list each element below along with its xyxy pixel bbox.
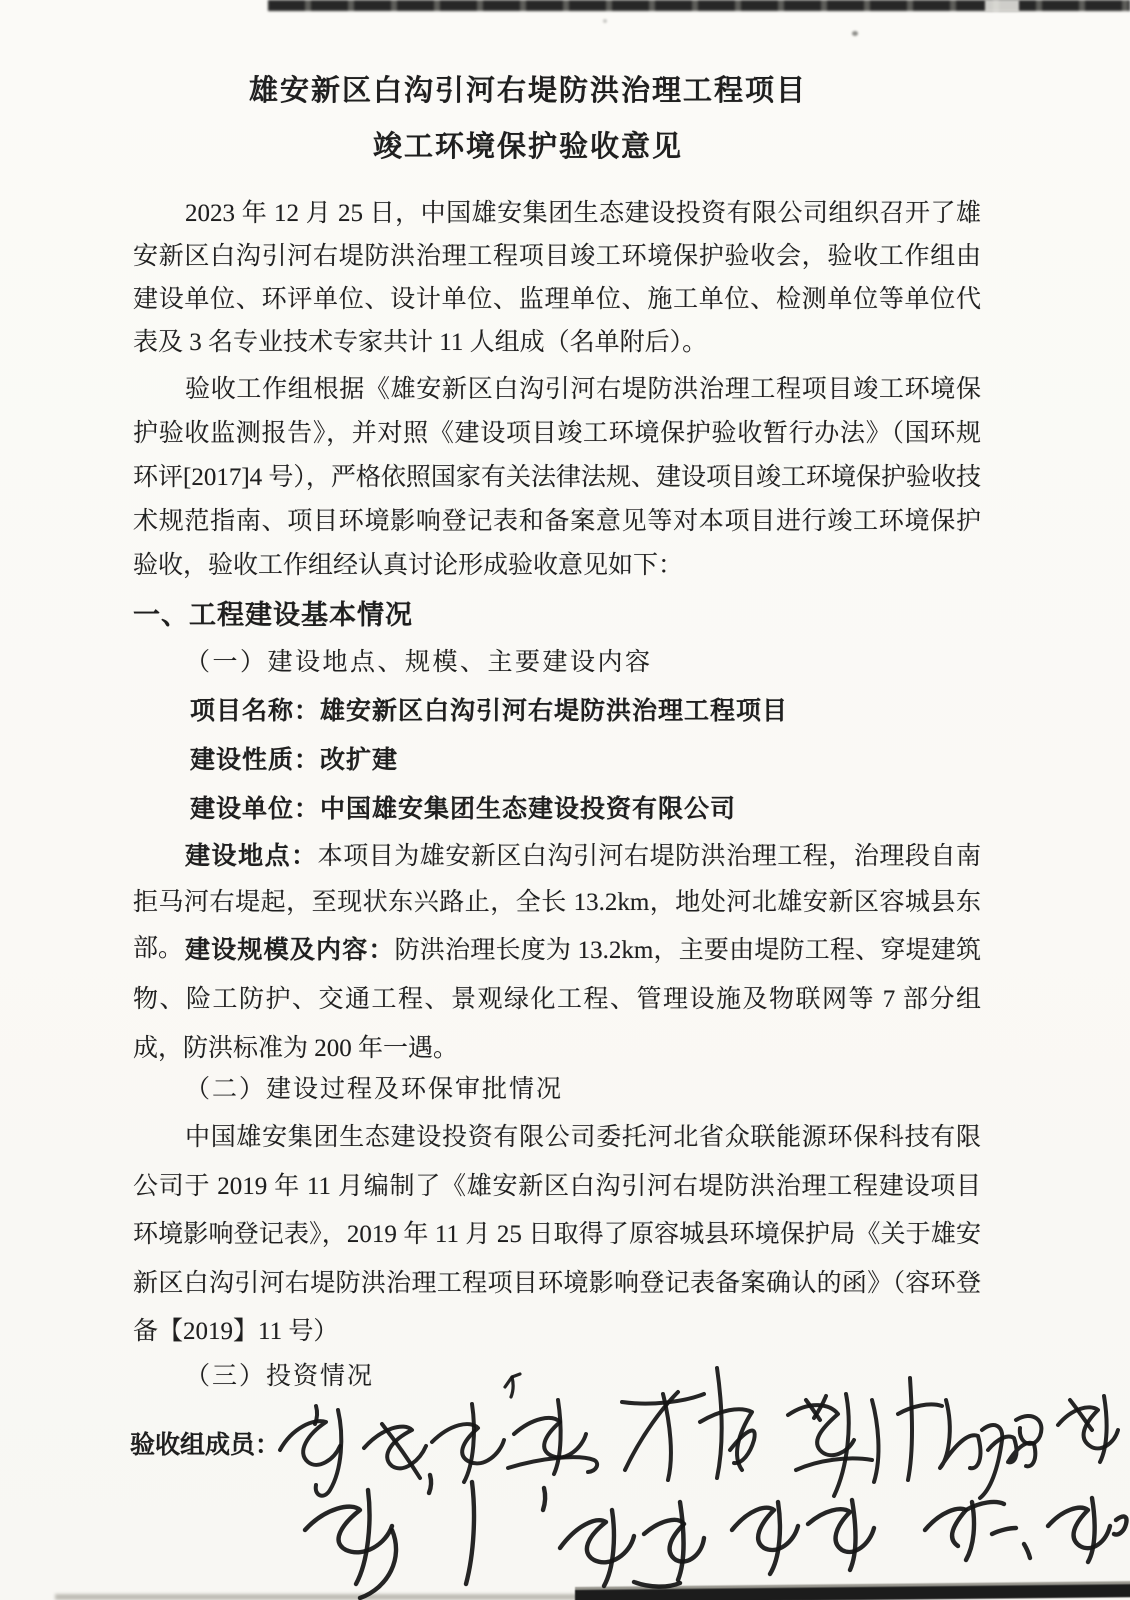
construction-nature-label: 建设性质： [190,746,320,774]
construction-scale-label: 建设规模及内容： [185,936,395,964]
handwritten-tick-mark [505,1374,520,1397]
handwritten-signature-3 [788,1394,878,1496]
document-title-line1: 雄安新区白沟引河右堤防洪治理工程项目 [0,72,1093,110]
scanned-document-page: 雄安新区白沟引河右堤防洪治理工程项目 竣工环境保护验收意见 2023 年 12 … [0,0,1130,1600]
subsection-2-heading: （二）建设过程及环保审批情况 [133,1070,1033,1110]
scan-speck [603,19,607,23]
subsection-2-paragraph: 中国雄安集团生态建设投资有限公司委托河北省众联能源环保科技有限公司于 2019 … [133,1114,981,1357]
construction-unit-line: 建设单位：中国雄安集团生态建设投资有限公司 [133,789,1038,829]
construction-scale-paragraph: 建设规模及内容：防洪治理长度为 13.2km，主要由堤防工程、穿堤建筑物、险工防… [133,926,981,1073]
scan-speck [852,31,858,36]
handwritten-signatures [120,1330,1130,1600]
scan-top-edge-gap [985,0,1019,12]
construction-unit-label: 建设单位： [190,795,320,823]
handwritten-signature-1 [280,1400,597,1496]
subsection-1-heading: （一）建设地点、规模、主要建设内容 [133,643,1033,683]
handwritten-signature-9 [925,1502,1030,1560]
intro-paragraph-1: 2023 年 12 月 25 日，中国雄安集团生态建设投资有限公司组织召开了雄安… [133,192,981,364]
project-name-label: 项目名称： [190,697,320,725]
handwritten-signature-6 [305,1475,474,1598]
section-1-heading: 一、工程建设基本情况 [133,595,981,635]
construction-nature-value: 改扩建 [320,746,398,774]
project-name-value: 雄安新区白沟引河右堤防洪治理工程项目 [320,697,788,725]
construction-location-label: 建设地点： [185,842,318,870]
construction-nature-line: 建设性质：改扩建 [133,740,1038,780]
handwritten-signature-8 [732,1500,874,1574]
intro-paragraph-2: 验收工作组根据《雄安新区白沟引河右堤防洪治理工程项目竣工环境保护验收监测报告》，… [133,368,981,588]
project-name-line: 项目名称：雄安新区白沟引河右堤防洪治理工程项目 [133,691,1038,731]
handwritten-signature-10 [1048,1498,1127,1562]
handwritten-signature-4 [898,1378,1041,1498]
handwritten-signature-5 [1058,1396,1118,1462]
handwritten-signature-2 [622,1368,755,1480]
construction-unit-value: 中国雄安集团生态建设投资有限公司 [320,795,736,823]
document-title-line2: 竣工环境保护验收意见 [0,128,1093,166]
handwritten-signature-7 [543,1488,704,1587]
